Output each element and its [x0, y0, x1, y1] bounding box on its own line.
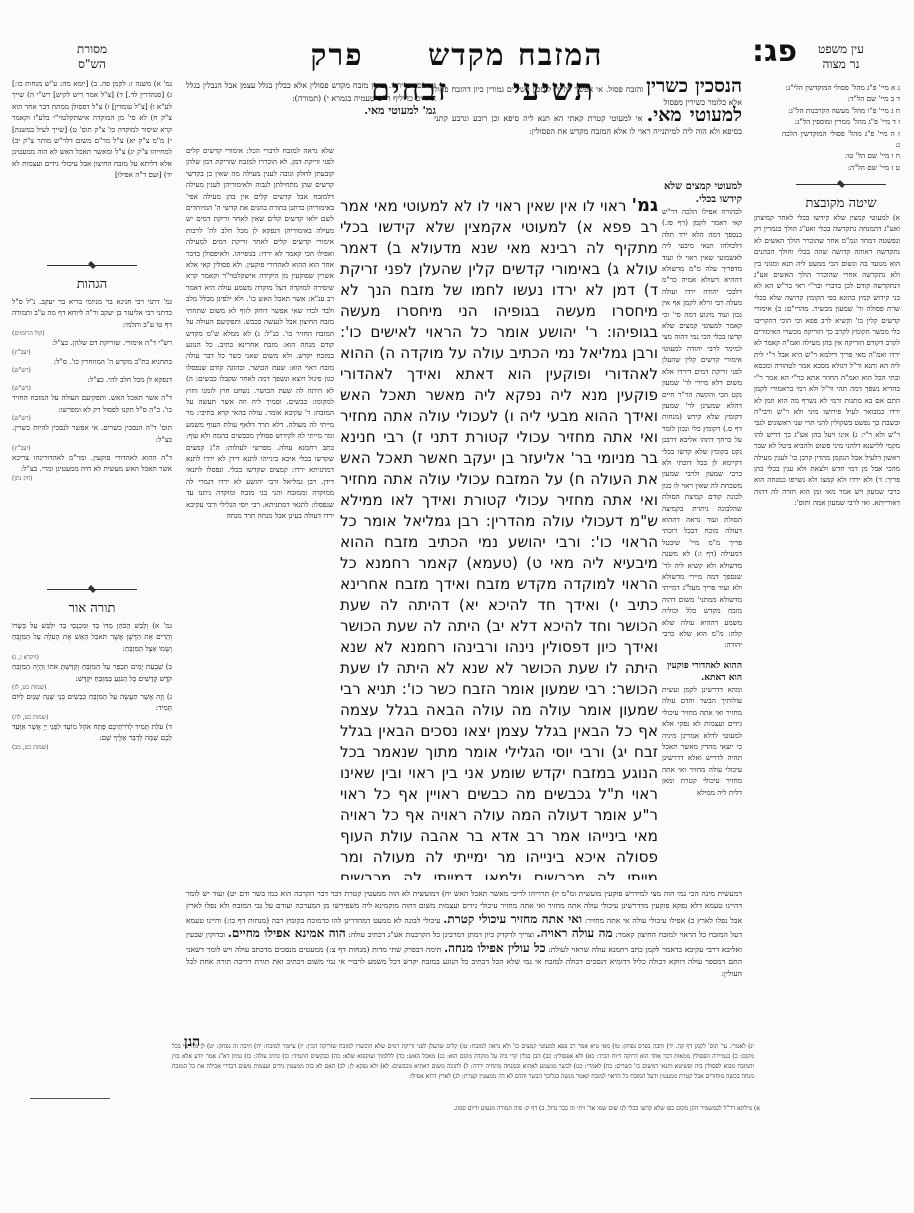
torah-or-list: גמ' א) וְלָבַשׁ הַכֹּהֵן מִדּוֹ בַד וּמִ…: [12, 620, 172, 751]
footnote-rule: [30, 1098, 110, 1099]
hagaha-entry: בתחניא בת"ב מקדש ה' המוזחרין כו'. ס"ל:: [12, 356, 172, 367]
ornament-divider: [47, 584, 137, 594]
ein-mishpat-entry: ח ו מיי' שם הל' טו:: [782, 150, 900, 161]
hagaha-entry: תוס' ד"ה הנסכין כשרים. אי אפשר לנסכין לה…: [12, 422, 172, 445]
dibbur-hamatchil: ההוא לאהדורי פוקעין הוא דאתא.: [662, 660, 742, 684]
gemara-paragraph: גמ' ראוי לו אין שאין ראוי לו לא למעוטי מ…: [340, 195, 658, 880]
ornament-divider: [796, 179, 886, 189]
shitah-mekubetzet-heading: שיטה מקובצת: [782, 195, 900, 211]
hagaha-source: (רש"ש): [12, 367, 172, 374]
dibbur-hamatchil: למעוטי מאי.: [647, 104, 742, 126]
tosafot-text: ואתנסכים ירדו. שאין מזבח מקדש פסולין אלא…: [186, 80, 436, 105]
footnotes-block: יג) לאמרי. עי' תוס' לקמן דף קה. יד) וחבה…: [172, 1042, 754, 1090]
hagaha-source: (קול הרומזים): [12, 330, 172, 337]
ein-mishpat-entry: ו ד מיי' פ"ג מהל' ממרין ומוספין הל"ג:: [782, 116, 900, 127]
dibbur-hamatchil: הנסכין כשרין: [646, 75, 742, 97]
heading-line-2: נר מצוה: [782, 57, 900, 72]
ein-mishpat-entry: נ א מיי' פ"ג מהל' פסולי המוקדשין הלי"ג:: [782, 82, 900, 93]
torah-or-heading: תורה אור: [12, 600, 172, 616]
ein-mishpat-entry: ד ב מיי' שם הל"ד:: [782, 93, 900, 104]
heading-line-1: עין משפט: [782, 42, 900, 57]
rashi-top: הנסכין כשרין והזבח פסול. אי אפשר להיות ל…: [434, 80, 742, 138]
chapter-title-1: המזבח מקדש: [428, 38, 604, 73]
commentary-heading: כל עולין אפילו מנחה.: [444, 941, 546, 955]
tosafot-top: ואתנסכים ירדו. שאין מזבח מקדש פסולין אלא…: [186, 80, 436, 119]
bottom-note: א) מילתא דר"ל לכמשמיר הקן מקום כפו שלא ק…: [170, 1104, 760, 1114]
commentary-heading: הוה אמינא אפילו מחיים.: [228, 926, 346, 940]
torah-or-verse: ב) שִׁבְעַת יָמִים תְּכַפֵּר עַל הַמִּזְ…: [12, 661, 172, 684]
tosafot-paragraph: גמ' למעוטי מאי.: [186, 105, 436, 119]
hagaha-source: (רש"ש): [12, 385, 172, 392]
ein-mishpat-list: נ א מיי' פ"ג מהל' פסולי המוקדשין הלי"ג: …: [782, 82, 900, 173]
rashi-column: למעוטי קמצים שלא קידשו בכלי. לכהורה אפיל…: [662, 180, 742, 859]
hagaha-entry: דנפקא לן מכל חלב להי. כצ"ל:: [12, 374, 172, 385]
commentary-heading: ואי אתה מחזיר עיכולי קטרת.: [443, 912, 582, 926]
ein-mishpat-entry: ח ג מיי' פ"ו מהל' מעשה הקרבנות הל"ג:: [782, 105, 900, 116]
torah-or-verse: גמ' א) וְלָבַשׁ הַכֹּהֵן מִדּוֹ בַד וּמִ…: [12, 620, 172, 654]
bottom-commentary: דמעשית מינה הכי נמי הוה מצי למידרש פוקעי…: [186, 888, 742, 1038]
rashi-text: לכהורה אפילו הלכה דר"ש קאי דאמר לקמן (דף…: [662, 206, 742, 656]
ein-mishpat-column: עין משפט נר מצוה נ א מיי' פ"ג מהל' פסולי…: [782, 42, 900, 215]
gemara-lead-word: גמ': [631, 195, 658, 216]
dibbur-hamatchil: למעוטי קמצים שלא קידשו בכלי.: [662, 180, 742, 206]
ein-mishpat-heading: עין משפט נר מצוה: [782, 42, 900, 72]
hagaha-entry: רש"י ד"ה אימורי. שזריקת דם שלהן. כצ"ל:: [12, 337, 172, 348]
gemara-text: גמ' ראוי לו אין שאין ראוי לו לא למעוטי מ…: [340, 195, 658, 880]
masoret-text: גמ' א) משנה ז: לקמן פה. ב) [יומא מה: ע"ש…: [12, 78, 172, 254]
hagaha-source: (יעב"ץ): [12, 349, 172, 356]
torah-or-verse: ג) וְזֶה אֲשֶׁר תַּעֲשֶׂה עַל הַמִּזְבֵּ…: [12, 691, 172, 714]
hagahot-list: גמ' דתני רבי חנינא בר מניומי בריא בר יעק…: [12, 296, 172, 578]
verse-source: (ויקרא ו, ג): [12, 654, 172, 661]
masoret-column: מסורת הש"ס גמ' א) משנה ז: לקמן פה. ב) [י…: [12, 42, 172, 751]
rashi-text: ומהא דדרשינן לקמן ועשית עולותיך הבשר והד…: [662, 684, 742, 859]
torah-or-verse: ד) עֹלַת תָּמִיד לְדֹרֹתֵיכֶם פֶּתַח אֹה…: [12, 721, 172, 744]
masoret-heading: מסורת הש"ס: [12, 42, 172, 72]
gemara-body: ראוי לו אין שאין ראוי לו לא למעוטי מאי א…: [340, 197, 658, 880]
shitah-mekubetzet-text: א) למעוטי קמצין שלא קידשו בכלי לאחר קמיצ…: [754, 212, 900, 1022]
verse-source: (שמות כט, לח): [12, 714, 172, 721]
hagaha-entry: ד"ה אשר תאכל האש. ותפקיעם העולה על המזבח…: [12, 392, 172, 415]
hagaha-entry: ד"ה ההוא לאהדורי פוקעין. ומר"מ לאהדורינה…: [12, 452, 172, 475]
heading-line-1: מסורת: [12, 42, 172, 57]
verse-source: (שמות כט, מב): [12, 744, 172, 751]
commentary-text: וצריך לדקדק כיון דמתן דמרבינן כל הקרבנות…: [348, 930, 534, 939]
hagaha-entry: גמ' דתני רבי חנינא בר מניומי בריא בר יעק…: [12, 296, 172, 330]
commentary-heading: מה עולה ראויה.: [537, 926, 613, 940]
hagaha-source: (יעב"ץ): [12, 445, 172, 452]
heading-line-2: הש"ס: [12, 57, 172, 72]
commentary-paragraph: דמעשית מינה הכי נמי הוה מצי למידרש פוקעי…: [186, 888, 742, 981]
tosafot-heading: גמ' למעוטי מאי.: [364, 104, 436, 117]
tosafot-column: שלא נראה למזבח לדברי הכל: אימורי קדשים ק…: [186, 145, 334, 873]
hagahot-heading: הגהות: [12, 276, 172, 292]
ein-mishpat-entry: ז ה מיי' פ"ג מהל' פסולי המוקדשין הלכה ג:: [782, 128, 900, 151]
ein-mishpat-entry: ט ז מיי' שם הל"ה:: [782, 162, 900, 173]
ornament-divider: [47, 260, 137, 270]
hagaha-source: (חק נתן): [12, 475, 172, 482]
rashi-paragraph-2: למעוטי מאי. אי למעוטי קטרת קאתי הא תנא ל…: [434, 109, 742, 138]
hagaha-source: (רש"ש): [12, 415, 172, 422]
verse-source: (שמות כט, לז): [12, 684, 172, 691]
